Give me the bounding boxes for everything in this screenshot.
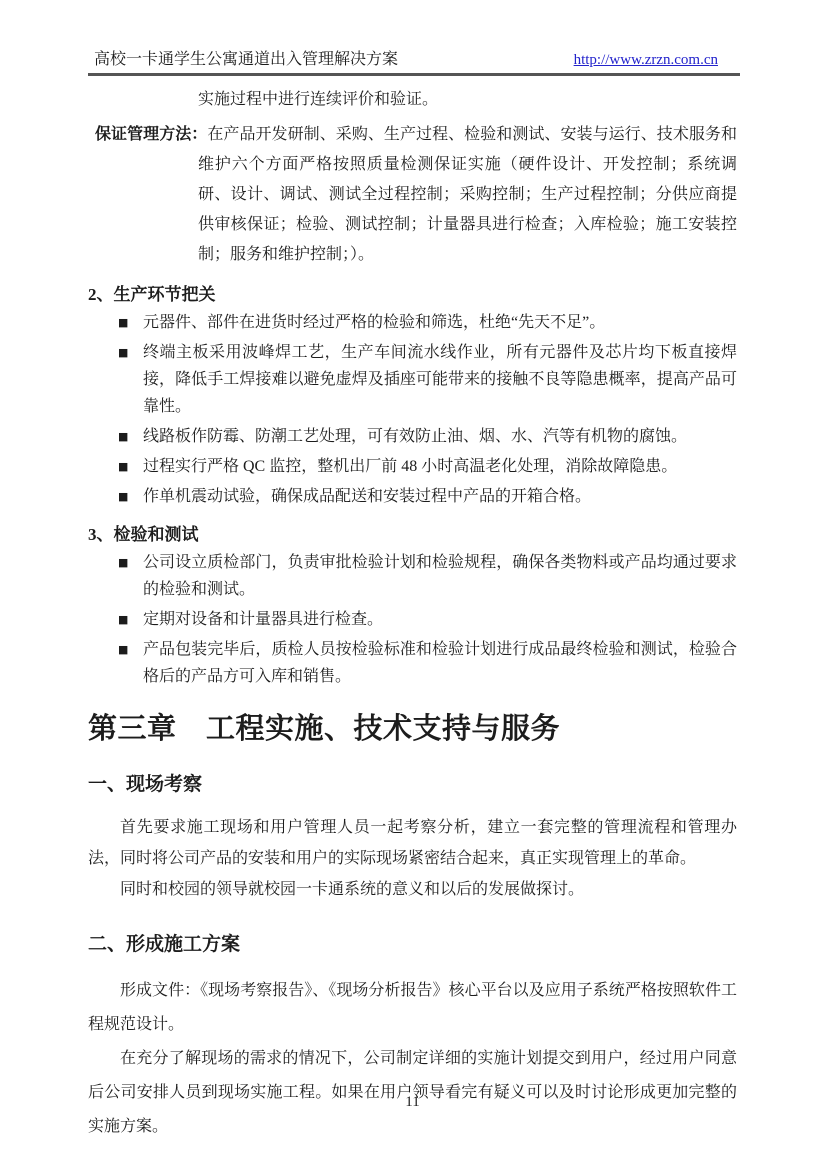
- guarantee-method-label: 保证管理方法：: [95, 126, 207, 143]
- bullet-square-icon: ■: [118, 483, 128, 510]
- bullet-text: 产品包装完毕后，质检人员按检验标准和检验计划进行成品最终检验和测试，检验合格后的…: [143, 641, 737, 685]
- paragraph: 形成文件：《现场考察报告》、《现场分析报告》核心平台以及应用子系统严格按照软件工…: [88, 974, 737, 1042]
- bullet-item: ■线路板作防霉、防潮工艺处理，可有效防止油、烟、水、汽等有机物的腐蚀。: [88, 423, 737, 450]
- paragraph: 在充分了解现场的需求的情况下，公司制定详细的实施计划提交到用户，经过用户同意后公…: [88, 1042, 737, 1144]
- inspection-bullet-list: ■公司设立质检部门，负责审批检验计划和检验规程，确保各类物料或产品均通过要求的检…: [88, 549, 737, 690]
- bullet-item: ■定期对设备和计量器具进行检查。: [88, 606, 737, 633]
- section-heading-inspection: 3、检验和测试: [88, 520, 737, 545]
- section-heading-production: 2、生产环节把关: [88, 280, 737, 305]
- bullet-square-icon: ■: [118, 453, 128, 480]
- bullet-text: 过程实行严格 QC 监控，整机出厂前 48 小时高温老化处理，消除故障隐患。: [143, 458, 677, 475]
- guarantee-method-paragraph: 保证管理方法：在产品开发研制、采购、生产过程、检验和测试、安装与运行、技术服务和…: [88, 120, 737, 270]
- page-header: 高校一卡通学生公寓通道出入管理解决方案 http://www.zrzn.com.…: [88, 46, 740, 76]
- document-body: 实施过程中进行连续评价和验证。 保证管理方法：在产品开发研制、采购、生产过程、检…: [88, 86, 737, 1144]
- page-footer: 11: [88, 1094, 737, 1111]
- bullet-square-icon: ■: [118, 309, 128, 336]
- bullet-square-icon: ■: [118, 606, 128, 633]
- document-page: 高校一卡通学生公寓通道出入管理解决方案 http://www.zrzn.com.…: [0, 0, 827, 1167]
- bullet-text: 定期对设备和计量器具进行检查。: [143, 611, 383, 628]
- bullet-item: ■元器件、部件在进货时经过严格的检验和筛选，杜绝“先天不足”。: [88, 309, 737, 336]
- bullet-item: ■公司设立质检部门，负责审批检验计划和检验规程，确保各类物料或产品均通过要求的检…: [88, 549, 737, 603]
- bullet-text: 元器件、部件在进货时经过严格的检验和筛选，杜绝“先天不足”。: [143, 314, 605, 331]
- bullet-item: ■作单机震动试验，确保成品配送和安装过程中产品的开箱合格。: [88, 483, 737, 510]
- bullet-text: 作单机震动试验，确保成品配送和安装过程中产品的开箱合格。: [143, 488, 591, 505]
- bullet-square-icon: ■: [118, 549, 128, 576]
- header-title: 高校一卡通学生公寓通道出入管理解决方案: [88, 46, 398, 69]
- chapter-title: 第三章 工程实施、技术支持与服务: [88, 706, 737, 747]
- paragraph: 首先要求施工现场和用户管理人员一起考察分析，建立一套完整的管理流程和管理办法，同…: [88, 812, 737, 874]
- production-bullet-list: ■元器件、部件在进货时经过严格的检验和筛选，杜绝“先天不足”。 ■终端主板采用波…: [88, 309, 737, 510]
- bullet-square-icon: ■: [118, 339, 128, 366]
- continued-paragraph: 实施过程中进行连续评价和验证。: [198, 86, 737, 114]
- header-link[interactable]: http://www.zrzn.com.cn: [574, 52, 718, 69]
- page-number: 11: [405, 1094, 419, 1110]
- bullet-item: ■产品包装完毕后，质检人员按检验标准和检验计划进行成品最终检验和测试，检验合格后…: [88, 636, 737, 690]
- bullet-square-icon: ■: [118, 423, 128, 450]
- guarantee-method-text: 在产品开发研制、采购、生产过程、检验和测试、安装与运行、技术服务和维护六个方面严…: [198, 126, 737, 263]
- site-survey-paragraphs: 首先要求施工现场和用户管理人员一起考察分析，建立一套完整的管理流程和管理办法，同…: [88, 812, 737, 905]
- subsection-heading-construction-plan: 二、形成施工方案: [88, 929, 737, 956]
- bullet-item: ■过程实行严格 QC 监控，整机出厂前 48 小时高温老化处理，消除故障隐患。: [88, 453, 737, 480]
- subsection-heading-site-survey: 一、现场考察: [88, 769, 737, 796]
- bullet-text: 终端主板采用波峰焊工艺，生产车间流水线作业，所有元器件及芯片均下板直接焊接，降低…: [143, 344, 737, 415]
- paragraph: 同时和校园的领导就校园一卡通系统的意义和以后的发展做探讨。: [88, 874, 737, 905]
- bullet-item: ■终端主板采用波峰焊工艺，生产车间流水线作业，所有元器件及芯片均下板直接焊接，降…: [88, 339, 737, 420]
- bullet-square-icon: ■: [118, 636, 128, 663]
- bullet-text: 线路板作防霉、防潮工艺处理，可有效防止油、烟、水、汽等有机物的腐蚀。: [143, 428, 687, 445]
- construction-plan-paragraphs: 形成文件：《现场考察报告》、《现场分析报告》核心平台以及应用子系统严格按照软件工…: [88, 974, 737, 1144]
- bullet-text: 公司设立质检部门，负责审批检验计划和检验规程，确保各类物料或产品均通过要求的检验…: [143, 554, 737, 598]
